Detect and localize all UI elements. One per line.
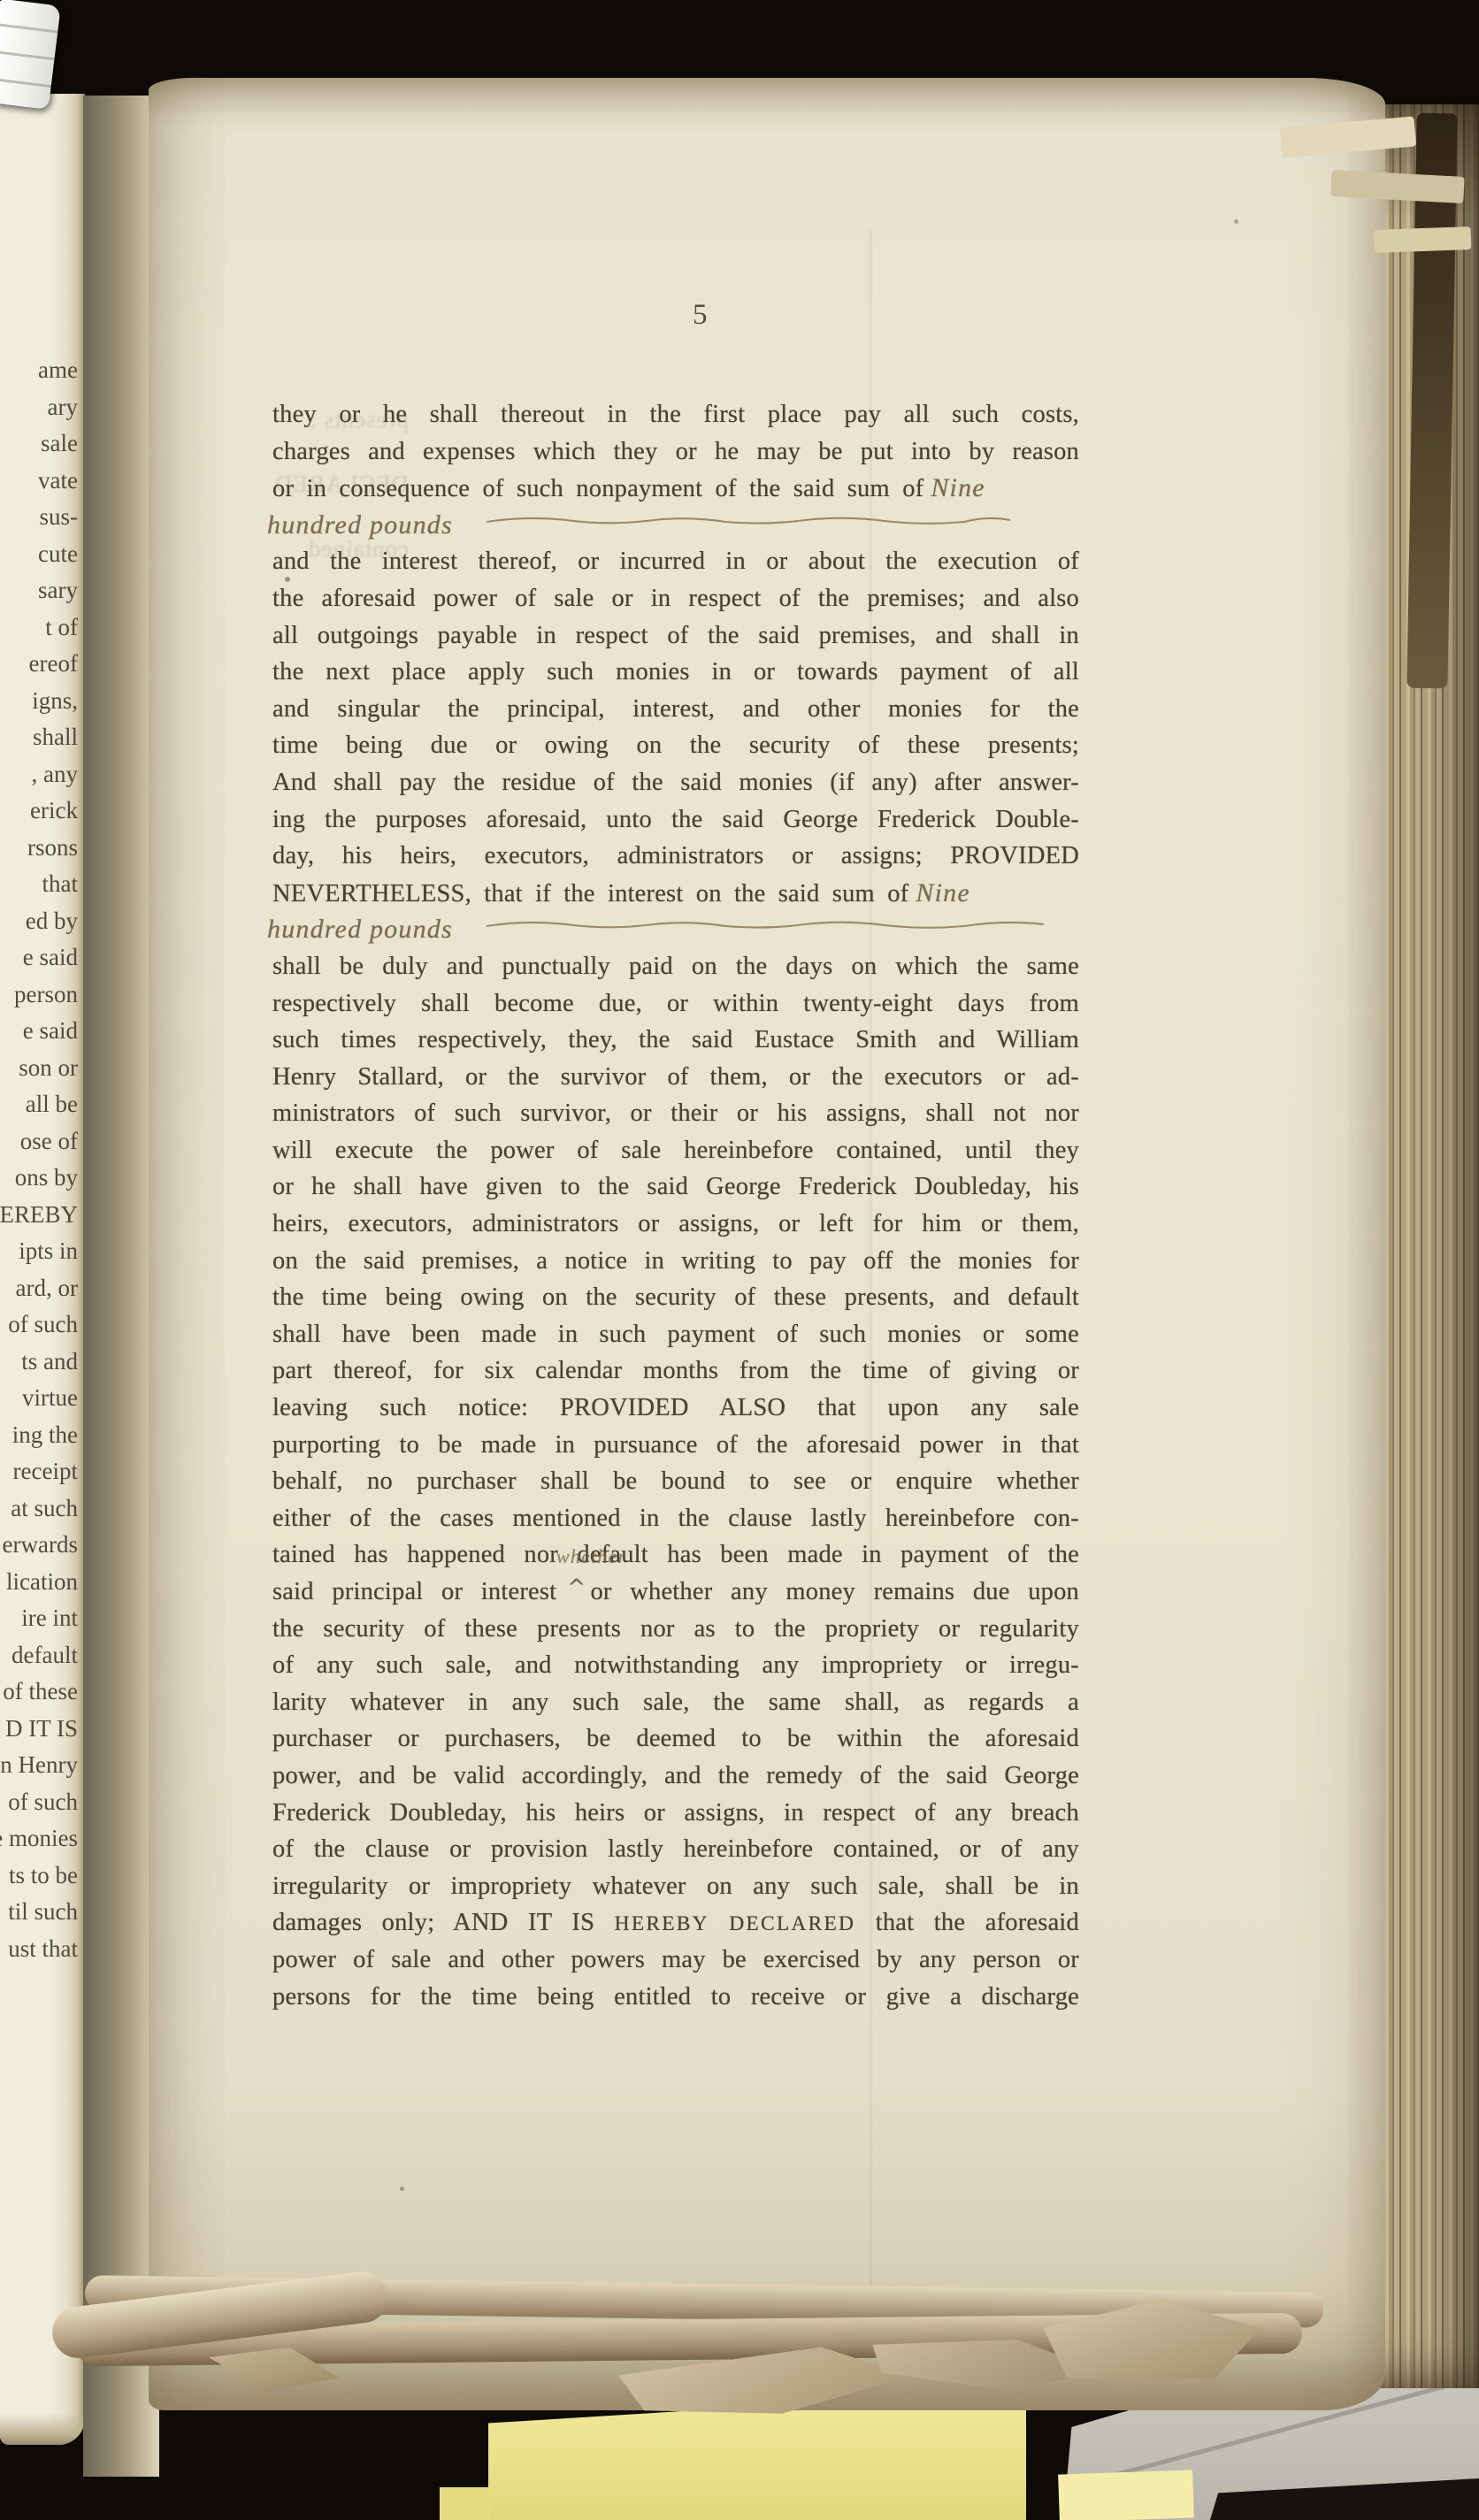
printed-text: irregularity or impropriety whatever on … [272, 1873, 1079, 1900]
previous-page-fragment: receipt [13, 1453, 78, 1490]
previous-page-fragment: til such [8, 1894, 78, 1931]
printed-text: the next place apply such monies in or t… [272, 658, 1079, 686]
text-line: or in consequence of such nonpayment of … [272, 470, 1079, 507]
handwritten-text: Nine [916, 878, 969, 908]
text-line: will execute the power of sale hereinbef… [272, 1132, 1079, 1169]
previous-page-fragment: erick [30, 793, 78, 830]
previous-page-fragment: sus- [39, 499, 78, 536]
printed-text: such times respectively, they, the said … [272, 1026, 1079, 1053]
printed-text: And shall pay the residue of the said mo… [272, 769, 1079, 796]
printed-text: ministrators of such survivor, or their … [272, 1099, 1079, 1127]
printed-text: heirs, executors, administrators or assi… [272, 1210, 1079, 1237]
previous-page-fragment: ire int [21, 1600, 78, 1637]
previous-page-fragment: of these [3, 1674, 78, 1711]
handwritten-text: hundred pounds [267, 510, 453, 540]
previous-page-fragment: ame [38, 352, 78, 389]
printed-text: shall be duly and punctually paid on the… [272, 953, 1079, 980]
text-line: shall be duly and punctually paid on the… [272, 948, 1079, 985]
printed-text: that the aforesaid [855, 1909, 1079, 1936]
text-line: either of the cases mentioned in the cla… [272, 1500, 1079, 1537]
printed-text: they or he shall thereout in the first p… [272, 401, 1079, 428]
previous-page-fragment: e said [23, 939, 78, 977]
previous-page-fragment: of such [8, 1306, 78, 1344]
previous-page-fragment: person [14, 977, 78, 1014]
text-line: all outgoings payable in respect of the … [272, 617, 1079, 655]
printed-text: persons for the time being entitled to r… [272, 1983, 1079, 2011]
handwritten-underline [453, 512, 1015, 540]
text-line: persons for the time being entitled to r… [272, 1979, 1079, 2016]
printed-text: or he shall have given to the said Georg… [272, 1173, 1079, 1200]
previous-page-fragment: ust that [8, 1931, 78, 1968]
paper-flap [1374, 226, 1472, 253]
previous-page-fragment: ard, or [16, 1270, 78, 1307]
printed-text: behalf, no purchaser shall be bound to s… [272, 1467, 1079, 1495]
previous-page-fragment: ons by [15, 1160, 78, 1197]
insertion-caret: ^ [567, 1569, 586, 1606]
text-line: larity whatever in any such sale, the sa… [272, 1684, 1079, 1721]
text-line: ing the purposes aforesaid, unto the sai… [272, 801, 1079, 839]
book-photograph: amearysalevatesus-cutesaryt ofereofigns,… [0, 0, 1479, 2520]
previous-page-fragment: cute [38, 536, 78, 573]
previous-page-fragment: ts and [21, 1344, 78, 1381]
previous-page-fragment: n Henry [0, 1747, 78, 1784]
text-line: leaving such notice: PROVIDED ALSO that … [272, 1390, 1079, 1427]
printed-text: and the interest thereof, or incurred in… [272, 548, 1079, 575]
previous-page-fragment: erwards [3, 1527, 78, 1564]
text-line: power of sale and other powers may be ex… [272, 1942, 1079, 1979]
printed-text: tained has happened nor [272, 1541, 558, 1568]
previous-page-fragment: all be [26, 1086, 78, 1123]
printed-text: purporting to be made in pursuance of th… [272, 1431, 1079, 1459]
printed-text: Henry Stallard, or the survivor of them,… [272, 1063, 1079, 1091]
printed-text: day, his heirs, executors, administrator… [272, 842, 1079, 869]
previous-page-fragment: son or [19, 1050, 78, 1087]
text-line: behalf, no purchaser shall be bound to s… [272, 1463, 1079, 1500]
previous-page-fragment: e said [23, 1013, 78, 1050]
text-line: damages only; AND IT IS HEREBY DECLARED … [272, 1904, 1079, 1942]
text-line: or he shall have given to the said Georg… [272, 1168, 1079, 1206]
printed-text: said principal or interest [272, 1578, 556, 1605]
text-line: hundred pounds [272, 507, 1079, 544]
previous-page-fragment: rsons [27, 830, 78, 867]
printed-text: of the clause or provision lastly herein… [272, 1835, 1079, 1863]
text-line: And shall pay the residue of the said mo… [272, 764, 1079, 801]
printed-text: power of sale and other powers may be ex… [272, 1946, 1079, 1973]
text-line: the aforesaid power of sale or in respec… [272, 580, 1079, 617]
text-line: and singular the principal, interest, an… [272, 691, 1079, 728]
printed-text: the security of these presents nor as to… [272, 1615, 1079, 1643]
text-line: charges and expenses which they or he ma… [272, 433, 1079, 471]
text-block: they or he shall thereout in the first p… [272, 396, 1079, 2015]
text-line: day, his heirs, executors, administrator… [272, 838, 1079, 875]
previous-page-fragment: vate [38, 463, 78, 500]
previous-page-fragment: that [42, 866, 79, 903]
text-line: said principal or interest^or whether an… [272, 1574, 1079, 1611]
previous-page-fragment: at such [11, 1490, 78, 1528]
text-line: part thereof, for six calendar months fr… [272, 1352, 1079, 1390]
text-line: purchaser or purchasers, be deemed to be… [272, 1720, 1079, 1758]
printed-text: the time being owing on the security of … [272, 1283, 1079, 1311]
printed-text: all outgoings payable in respect of the … [272, 622, 1079, 649]
printed-text: on the said premises, a notice in writin… [272, 1247, 1079, 1275]
printed-text: charges and expenses which they or he ma… [272, 438, 1079, 465]
previous-page-fragment: shall [33, 719, 78, 756]
previous-page-fragment: ed by [26, 903, 78, 940]
text-line: purporting to be made in pursuance of th… [272, 1427, 1079, 1464]
previous-page-fragment: ereof [29, 646, 78, 683]
text-line: respectively shall become due, or within… [272, 985, 1079, 1023]
text-line: heirs, executors, administrators or assi… [272, 1206, 1079, 1243]
text-line: the next place apply such monies in or t… [272, 654, 1079, 691]
text-line: NEVERTHELESS, that if the interest on th… [272, 875, 1079, 912]
printed-text: or whether any money remains due upon [590, 1578, 1079, 1605]
printed-text: larity whatever in any such sale, the sa… [272, 1689, 1079, 1716]
printed-text: and singular the principal, interest, an… [272, 695, 1079, 723]
paper-speck [1234, 219, 1238, 224]
printed-text: damages only; AND IT IS [272, 1909, 615, 1936]
previous-page-fragment: , any [32, 756, 78, 793]
printed-text: leaving such notice: PROVIDED ALSO that … [272, 1394, 1079, 1421]
page-number: 5 [693, 299, 709, 332]
handwritten-text: Nine [931, 473, 985, 502]
text-line: Henry Stallard, or the survivor of them,… [272, 1059, 1079, 1096]
printed-text: respectively shall become due, or within… [272, 990, 1079, 1017]
printed-text: Frederick Doubleday, his heirs or assign… [272, 1799, 1079, 1827]
printed-text: power, and be valid accordingly, and the… [272, 1762, 1079, 1789]
text-line: of any such sale, and notwithstanding an… [272, 1647, 1079, 1684]
text-line: they or he shall thereout in the first p… [272, 396, 1079, 433]
printed-text: purchaser or purchasers, be deemed to be… [272, 1725, 1079, 1752]
text-line: such times respectively, they, the said … [272, 1022, 1079, 1059]
yellow-note-small-right [1058, 2470, 1194, 2520]
text-line: Frederick Doubleday, his heirs or assign… [272, 1795, 1079, 1832]
previous-page-fragment: sary [38, 572, 78, 609]
text-line: tained has happened norwhether default h… [272, 1536, 1079, 1574]
text-line: on the said premises, a notice in writin… [272, 1243, 1079, 1280]
paper-speck [400, 2187, 404, 2191]
previous-page-fragment: ipts in [19, 1233, 78, 1270]
printed-text: either of the cases mentioned in the cla… [272, 1505, 1079, 1532]
printed-text: the aforesaid power of sale or in respec… [272, 585, 1079, 612]
previous-page-fragment: ing the [12, 1417, 78, 1454]
text-line: power, and be valid accordingly, and the… [272, 1758, 1079, 1795]
previous-page-strip: amearysalevatesus-cutesaryt ofereofigns,… [0, 94, 85, 2445]
printed-text: or in consequence of such nonpayment of … [272, 475, 923, 502]
text-line: ministrators of such survivor, or their … [272, 1095, 1079, 1132]
printed-text: time being due or owing on the security … [272, 731, 1079, 759]
printed-text: default has been made in payment of the [558, 1541, 1079, 1568]
handwritten-underline [453, 916, 1051, 944]
handwritten-text: hundred pounds [267, 915, 453, 944]
previous-page-fragment: sale [41, 425, 78, 463]
previous-page-fragment: t of [45, 609, 78, 647]
previous-page-fragment: virtue [22, 1380, 78, 1417]
previous-page-fragment: e monies [0, 1820, 78, 1857]
previous-page-fragment: D IT IS [5, 1711, 78, 1748]
previous-page-fragment: default [11, 1637, 78, 1674]
text-line: time being due or owing on the security … [272, 727, 1079, 764]
text-line: irregularity or impropriety whatever on … [272, 1868, 1079, 1905]
previous-page-fragment: igns, [32, 683, 78, 720]
printed-text: HEREBY DECLARED [615, 1912, 856, 1935]
printed-text: part thereof, for six calendar months fr… [272, 1357, 1079, 1384]
yellow-note-small-left [440, 2487, 491, 2520]
printed-text: shall have been made in such payment of … [272, 1321, 1079, 1348]
previous-page-fragment: ose of [20, 1123, 78, 1160]
previous-page-fragment: ary [48, 389, 78, 426]
text-line: hundred pounds [272, 911, 1079, 948]
text-line: and the interest thereof, or incurred in… [272, 543, 1079, 580]
printed-text: ing the purposes aforesaid, unto the sai… [272, 806, 1079, 833]
text-line: the time being owing on the security of … [272, 1279, 1079, 1316]
previous-page-fragment: lication [6, 1564, 78, 1601]
printed-text: will execute the power of sale hereinbef… [272, 1137, 1079, 1164]
previous-page-fragment: of such [8, 1784, 78, 1821]
text-line: shall have been made in such payment of … [272, 1316, 1079, 1353]
previous-page-fragment: EREBY [0, 1197, 78, 1234]
previous-page-fragment: ts to be [9, 1857, 78, 1895]
printed-text: NEVERTHELESS, that if the interest on th… [272, 880, 908, 908]
text-line: of the clause or provision lastly herein… [272, 1831, 1079, 1868]
text-line: the security of these presents nor as to… [272, 1611, 1079, 1648]
printed-text: of any such sale, and notwithstanding an… [272, 1651, 1079, 1679]
